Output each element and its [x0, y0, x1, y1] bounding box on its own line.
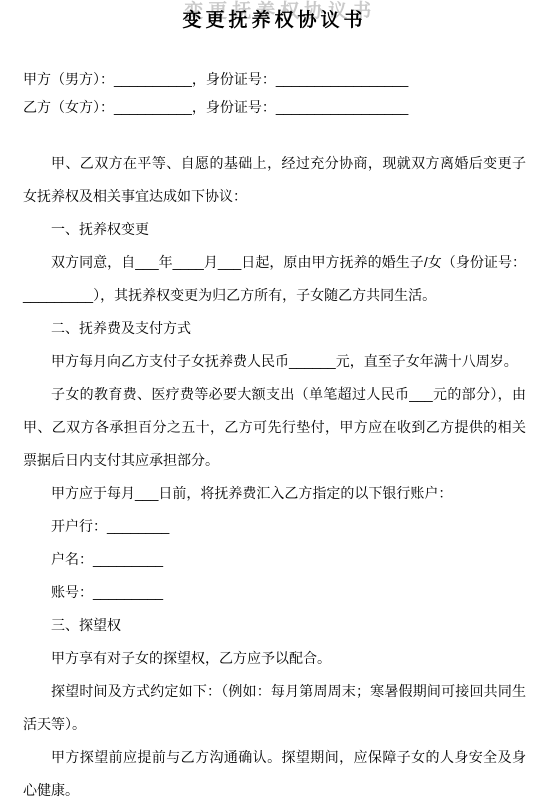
section-3-heading: 三、探望权	[23, 609, 526, 642]
visitation-right-paragraph: 甲方享有对子女的探望权，乙方应予以配合。	[23, 642, 526, 675]
account-number-line: 账号：_________	[23, 576, 526, 609]
party-a-line: 甲方（男方）：__________，身份证号：_________________	[23, 65, 526, 93]
payment-schedule-paragraph: 甲方应于每月___日前，将抚养费汇入乙方指定的以下银行账户：	[23, 477, 526, 510]
party-info-block: 甲方（男方）：__________，身份证号：_________________…	[23, 65, 526, 121]
title-area: 变更抚养权协议书 变更抚养权协议书	[23, 8, 526, 34]
visitation-notice-paragraph: 甲方探望前应提前与乙方沟通确认。探望期间，应保障子女的人身安全及身心健康。	[23, 741, 526, 807]
bank-name-line: 开户行：________	[23, 510, 526, 543]
document-page: 变更抚养权协议书 变更抚养权协议书 甲方（男方）：__________，身份证号…	[0, 0, 550, 807]
section-1-heading: 一、抚养权变更	[23, 213, 526, 246]
party-b-line: 乙方（女方）：__________，身份证号：_________________	[23, 93, 526, 121]
intro-paragraph: 甲、乙双方在平等、自愿的基础上，经过充分协商，现就双方离婚后变更子女抚养权及相关…	[23, 147, 526, 213]
party-a-id-label: ，身份证号：	[192, 71, 276, 87]
party-a-label: 甲方（男方）：	[23, 71, 114, 87]
party-b-id-blank: _________________	[276, 99, 408, 115]
party-b-name-blank: __________	[114, 99, 192, 115]
custody-change-paragraph: 双方同意，自___年____月___日起，原由甲方抚养的婚生子/女（身份证号：_…	[23, 246, 526, 312]
section-2-heading: 二、抚养费及支付方式	[23, 312, 526, 345]
party-a-id-blank: _________________	[276, 71, 408, 87]
page-title: 变更抚养权协议书	[182, 8, 366, 34]
agreement-body: 甲、乙双方在平等、自愿的基础上，经过充分协商，现就双方离婚后变更子女抚养权及相关…	[23, 147, 526, 807]
large-expense-paragraph: 子女的教育费、医疗费等必要大额支出（单笔超过人民币___元的部分），由甲、乙双方…	[23, 378, 526, 477]
visitation-schedule-paragraph: 探望时间及方式约定如下：（例如：每月第周周末；寒暑假期间可接回共同生活天等）。	[23, 675, 526, 741]
party-b-label: 乙方（女方）：	[23, 99, 114, 115]
party-b-id-label: ，身份证号：	[192, 99, 276, 115]
party-a-name-blank: __________	[114, 71, 192, 87]
account-name-line: 户名：_________	[23, 543, 526, 576]
support-fee-paragraph: 甲方每月向乙方支付子女抚养费人民币______元，直至子女年满十八周岁。	[23, 345, 526, 378]
